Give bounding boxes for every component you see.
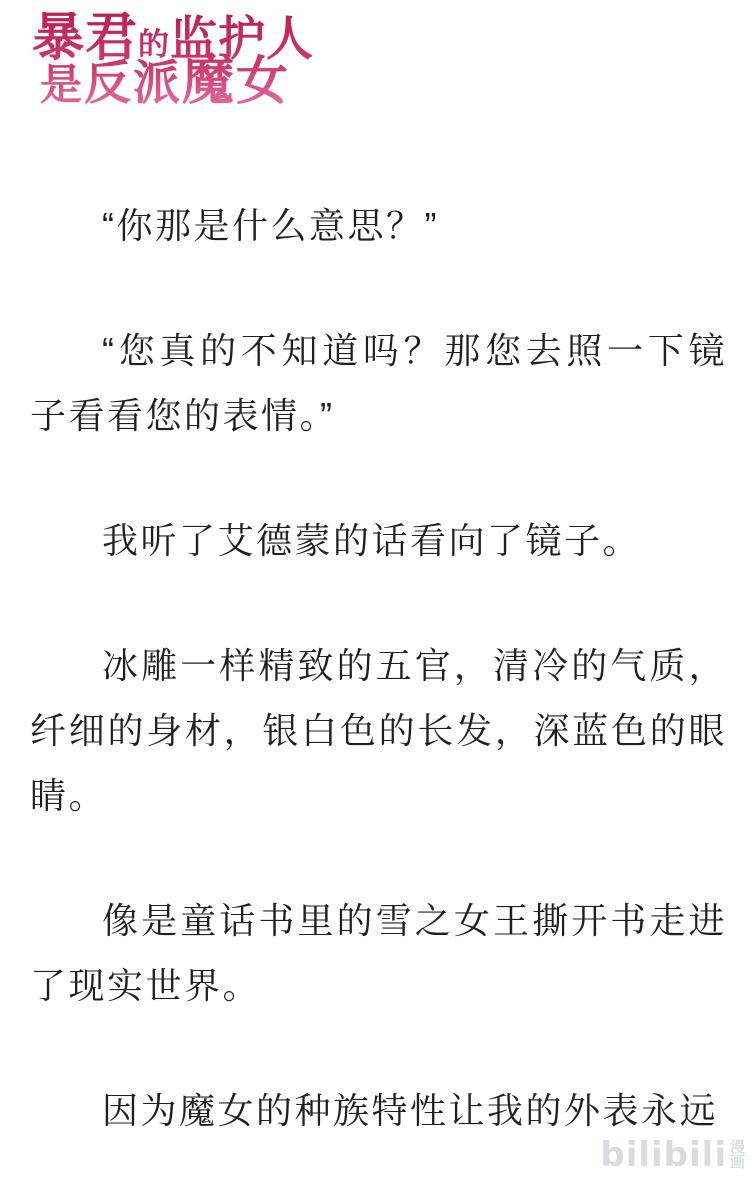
paragraph-5: 像是童话书里的雪之女王撕开书走进了现实世界。 xyxy=(30,888,727,1018)
watermark-suffix-char-2: 画 xyxy=(730,1155,745,1170)
bilibili-logo-text: bilibili xyxy=(600,1138,727,1172)
logo-text: 反派 xyxy=(84,56,182,111)
novel-text-page: “你那是什么意思？” “您真的不知道吗？那您去照一下镜子看看您的表情。” 我听了… xyxy=(30,193,727,1143)
paragraph-4: 冰雕一样精致的五官，清冷的气质，纤细的身材，银白色的长发，深蓝色的眼睛。 xyxy=(30,633,727,828)
paragraph-3: 我听了艾德蒙的话看向了镜子。 xyxy=(30,508,727,573)
paragraph-6: 因为魔女的种族特性让我的外表永远 xyxy=(30,1078,727,1143)
bilibili-manhua-label: 漫 画 xyxy=(730,1140,745,1170)
logo-text: 是 xyxy=(40,60,84,109)
series-logo-line-2: 是反派魔女 xyxy=(40,56,314,108)
series-logo: 暴君的监护人 是反派魔女 xyxy=(32,12,314,108)
paragraph-2: “您真的不知道吗？那您去照一下镜子看看您的表情。” xyxy=(30,318,727,448)
paragraph-1: “你那是什么意思？” xyxy=(30,193,727,258)
bilibili-watermark: bilibili 漫 画 xyxy=(600,1138,745,1172)
watermark-suffix-char-1: 漫 xyxy=(730,1140,745,1155)
logo-text: 魔女 xyxy=(182,51,290,112)
